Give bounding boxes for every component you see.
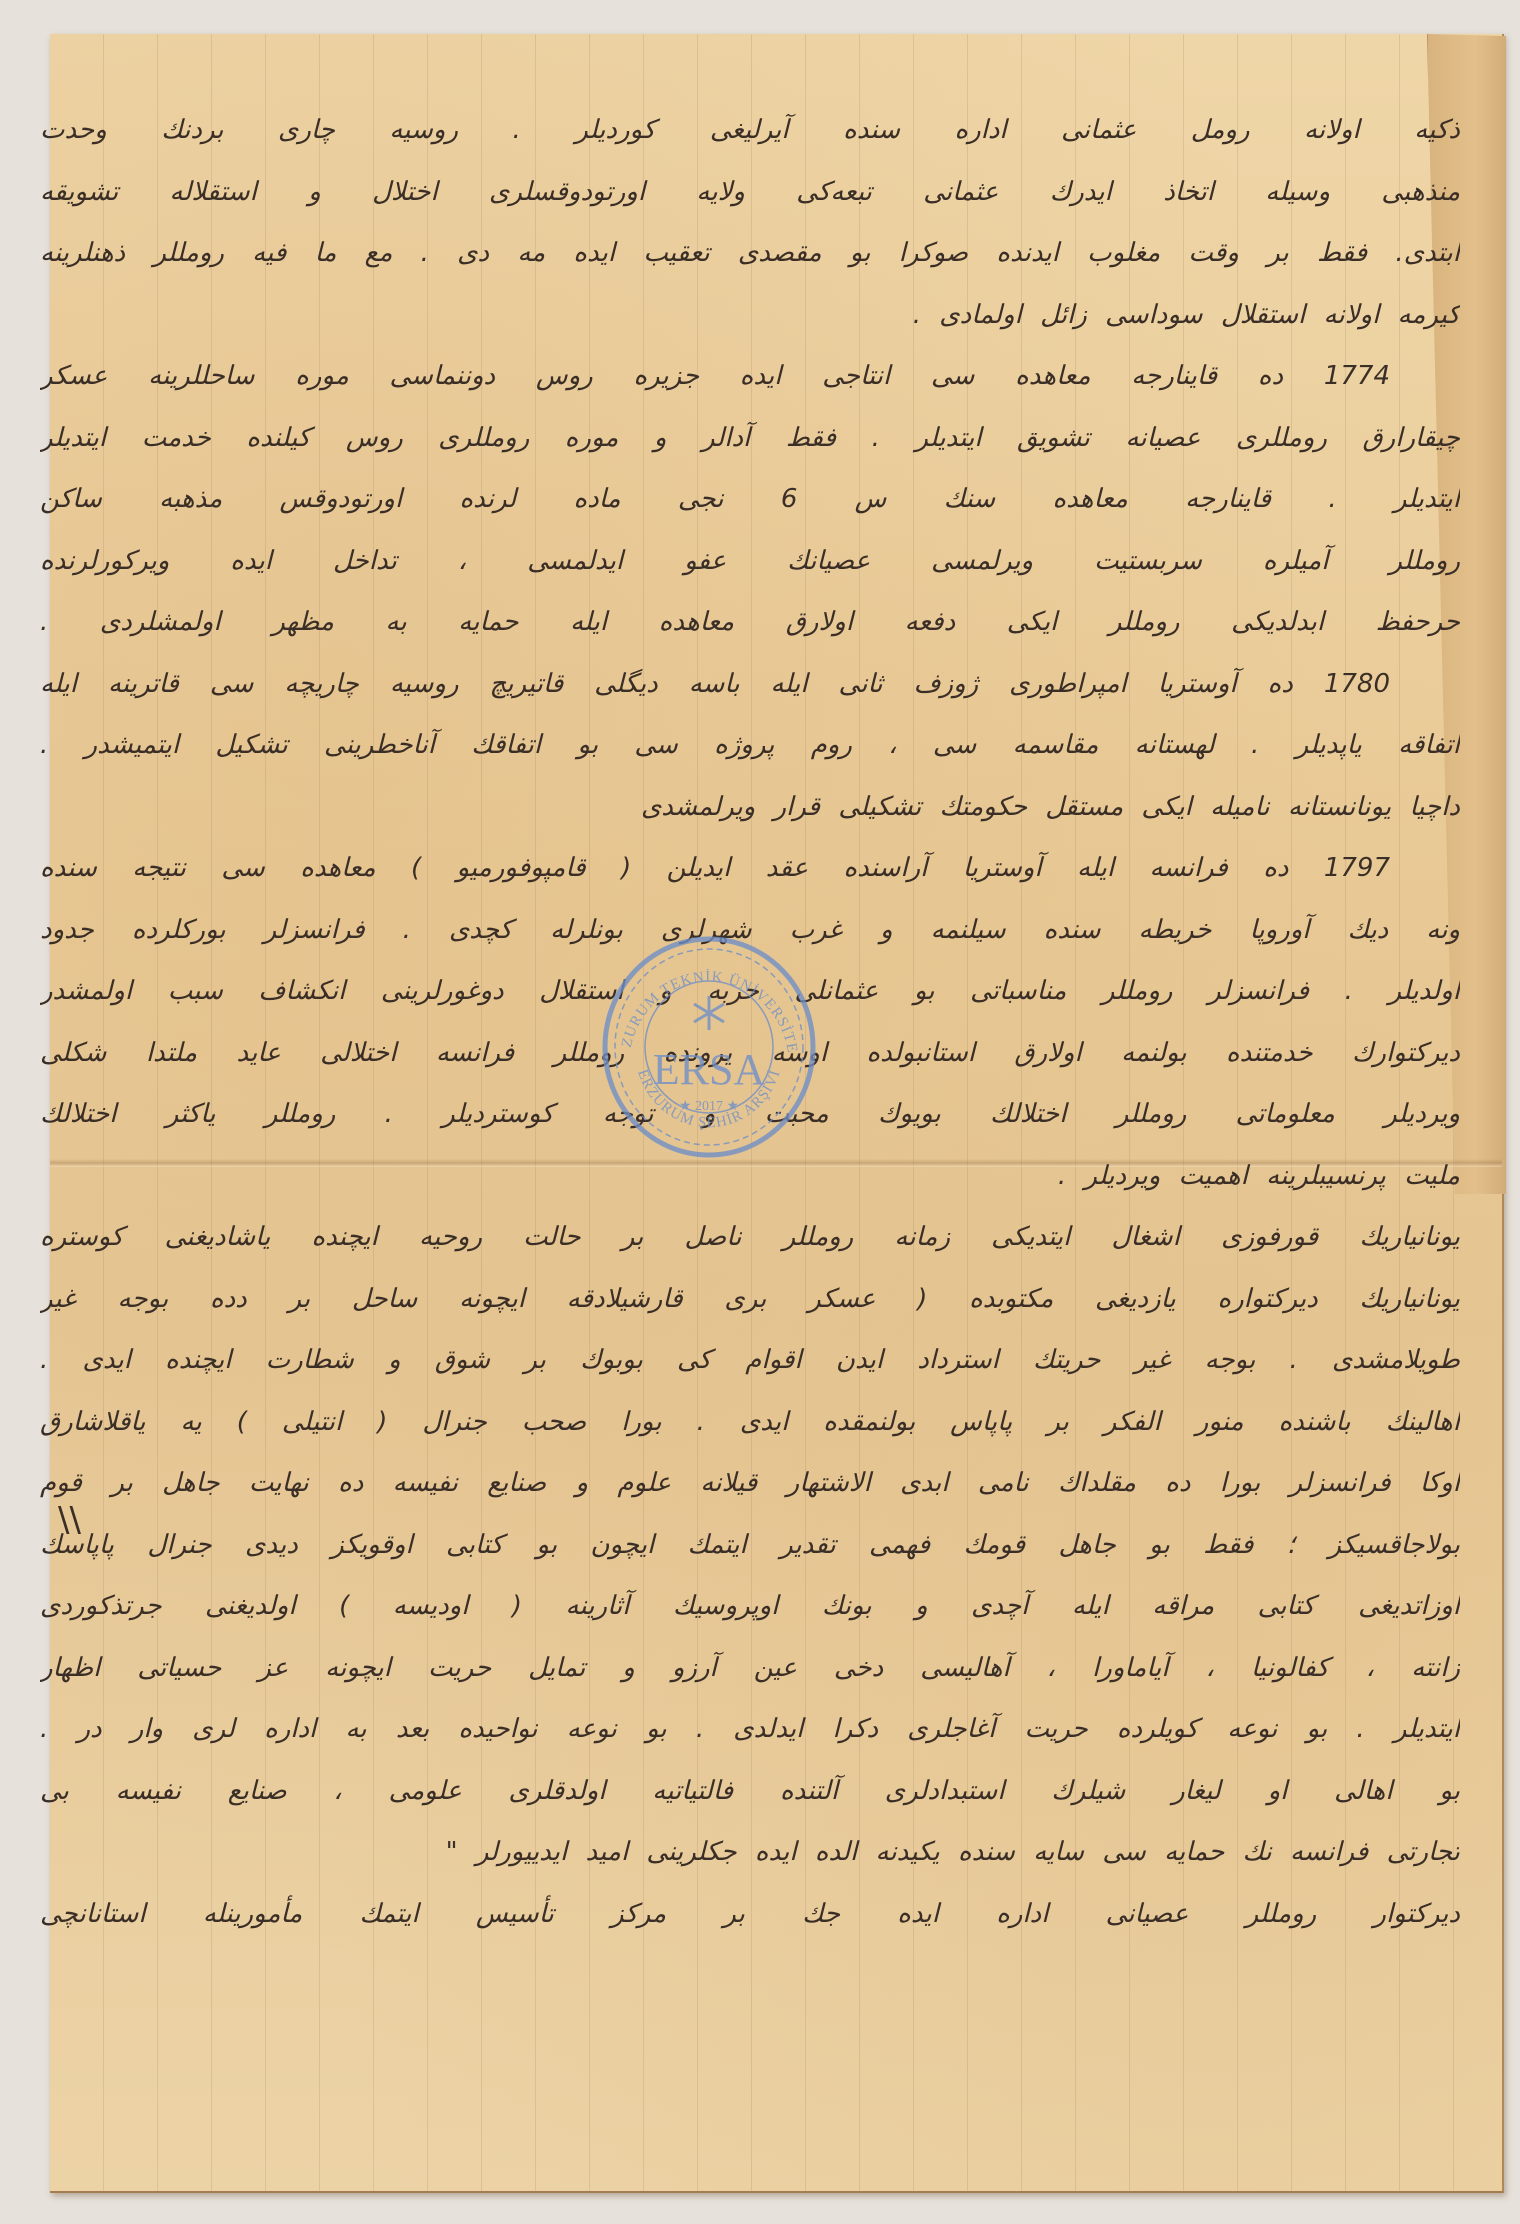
text-line: حرحفظ ابدلدیکی رومللر ایکی دفعه اولارق م… — [40, 592, 1460, 654]
text-line: اتفاقه یاپدیلر . لهستانه مقاسمه سی ، روم… — [40, 715, 1460, 777]
text-line: یونانیاریك دیرکتواره یازدیغی مکتوبده ( ع… — [40, 1269, 1460, 1331]
text-line: منذهبی وسیله اتخاذ ایدرك عثمانی تبعه‌کی … — [40, 162, 1460, 224]
text-line: اوکا فرانسزلر بورا ده مقلداك نامی ابدی ا… — [40, 1453, 1460, 1515]
text-line: چیقارارق رومللری عصیانه تشویق ایتدیلر . … — [40, 408, 1460, 470]
text-line: داچیا یونانستانه نامیله ایکی مستقل حکومت… — [40, 777, 1460, 839]
text-line: ایتدیلر . قاینارجه معاهده سنك س 6 نجی ما… — [40, 469, 1460, 531]
text-line: اوزاتدیغی کتابی مراقه ایله آچدی و بونك ا… — [40, 1576, 1460, 1638]
text-line: بو اهالی او لیغار شیلرك استبدادلری آلتند… — [40, 1761, 1460, 1823]
text-line: 1797 ده فرانسه ایله آوستریا آراسنده عقد … — [40, 838, 1460, 900]
text-line: ابتدی. فقط بر وقت مغلوب ایدنده صوکرا بو … — [40, 223, 1460, 285]
text-line: ذکیه اولانه رومل عثمانی اداره سنده آیرلی… — [40, 100, 1460, 162]
text-line: طویلامشدی . بوجه غیر حریتك استرداد ایدن … — [40, 1330, 1460, 1392]
text-line: بولاجاقسیکز ؛ فقط بو جاهل قومك فهمی تقدی… — [40, 1515, 1460, 1577]
text-line: کیرمه اولانه استقلال سوداسی زائل اولمادی… — [40, 285, 1460, 347]
text-line: 1780 ده آوستریا امپراطوری ژوزف ثانی ایله… — [40, 654, 1460, 716]
text-line: تجارتی فرانسه نك حمایه سی سایه سنده یکید… — [40, 1822, 1460, 1884]
text-line: یونانیاریك قورفوزی اشغال ایتدیکی زمانه ر… — [40, 1207, 1460, 1269]
text-line: دیرکتوار رومللر عصیانی اداره ایده جك بر … — [40, 1884, 1460, 1946]
text-line: 1774 ده قاینارجه معاهده سی انتاجی ایده ج… — [40, 346, 1460, 408]
text-line: ایتدیلر . بو نوعه کویلرده حریت آغاجلری د… — [40, 1699, 1460, 1761]
stamp-top-text: ERZURUM TEKNİK ÜNİVERSİTESİ — [600, 934, 800, 1055]
text-line: اهالینك باشنده منور الفکر بر پاپاس بولنم… — [40, 1392, 1460, 1454]
stamp-center-text: ERSA — [653, 1045, 766, 1094]
text-line: زانته ، کفالونیا ، آیاماورا ، آهالیسی دخ… — [40, 1638, 1460, 1700]
archive-stamp: ERZURUM TEKNİK ÜNİVERSİTESİ ERZURUM ŞEHİ… — [600, 934, 818, 1160]
stamp-year: ★ 2017 ★ — [679, 1099, 739, 1114]
snowflake-icon — [694, 996, 724, 1030]
text-line: رومللر آمیلره سربستیت ویرلمسی عصیانك عفو… — [40, 531, 1460, 593]
margin-mark: \\ — [58, 1500, 81, 1540]
